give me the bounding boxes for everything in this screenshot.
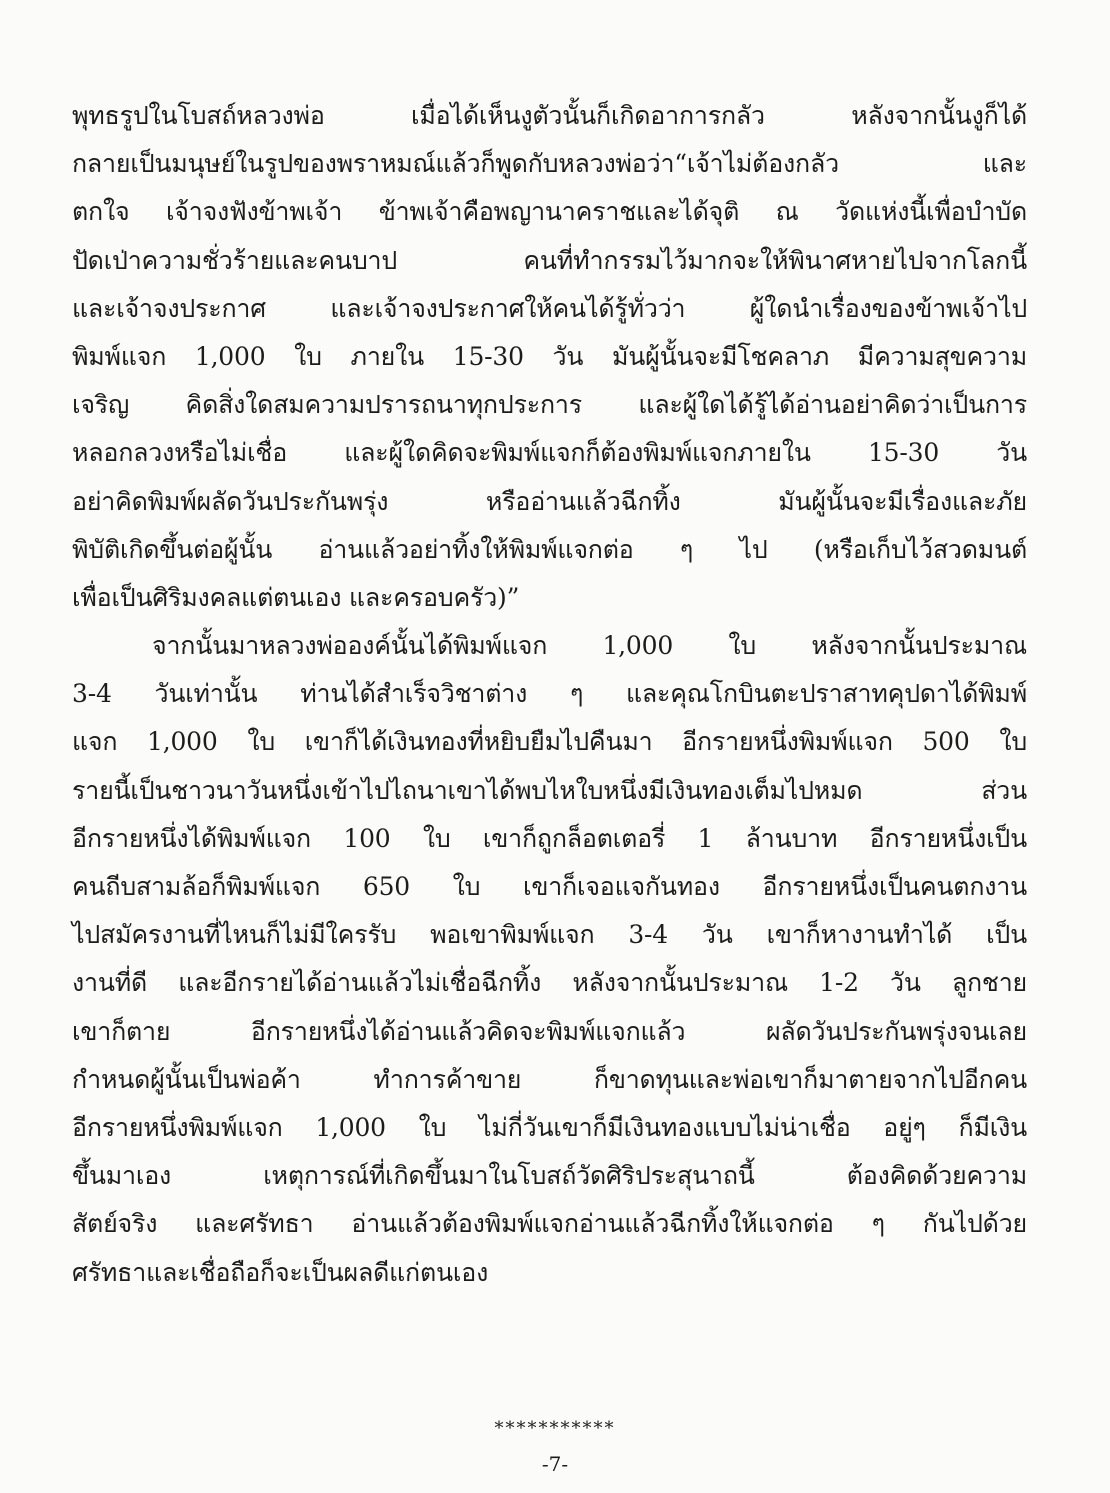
text-line: ไปสมัครงานที่ไหนก็ไม่มีใครรับ พอเขาพิมพ์… [72,911,1027,959]
text-line: รายนี้เป็นชาวนาวันหนึ่งเข้าไปไถนาเขาได้พ… [72,767,1027,815]
text-line: กำหนดผู้นั้นเป็นพ่อค้า ทำการค้าขาย ก็ขาด… [72,1056,1027,1104]
text-line: หลอกลวงหรือไม่เชื่อ และผู้ใดคิดจะพิมพ์แจ… [72,429,1027,477]
section-separator: *********** [0,1418,1110,1439]
text-line: 3-4 วันเท่านั้น ท่านได้สำเร็จวิชาต่าง ๆ … [72,670,1027,718]
paragraph-2: จากนั้นมาหลวงพ่อองค์นั้นได้พิมพ์แจก 1,00… [72,622,1027,1297]
text-line: อีกรายหนึ่งพิมพ์แจก 1,000 ใบ ไม่กี่วันเข… [72,1104,1027,1152]
text-line: งานที่ดี และอีกรายได้อ่านแล้วไม่เชื่อฉีก… [72,959,1027,1007]
text-line: คนถีบสามล้อก็พิมพ์แจก 650 ใบ เขาก็เจอแจก… [72,863,1027,911]
text-line: สัตย์จริง และศรัทธา อ่านแล้วต้องพิมพ์แจก… [72,1200,1027,1248]
text-line: เขาก็ตาย อีกรายหนึ่งได้อ่านแล้วคิดจะพิมพ… [72,1008,1027,1056]
text-line: อีกรายหนึ่งได้พิมพ์แจก 100 ใบ เขาก็ถูกล็… [72,815,1027,863]
text-line: กลายเป็นมนุษย์ในรูปของพราหมณ์แล้วก็พูดกั… [72,140,1027,188]
text-line: ศรัทธาและเชื่อถือก็จะเป็นผลดีแก่ตนเอง [72,1249,1027,1297]
text-line: อย่าคิดพิมพ์ผลัดวันประกันพรุ่ง หรืออ่านแ… [72,478,1027,526]
text-line: และเจ้าจงประกาศ และเจ้าจงประกาศให้คนได้ร… [72,285,1027,333]
text-line: พิมพ์แจก 1,000 ใบ ภายใน 15-30 วัน มันผู้… [72,333,1027,381]
page-number: -7- [0,1452,1110,1476]
text-line: พุทธรูปในโบสถ์หลวงพ่อ เมื่อได้เห็นงูตัวน… [72,92,1027,140]
text-line: ปัดเป่าความชั่วร้ายและคนบาป คนที่ทำกรรมไ… [72,237,1027,285]
text-line: พิบัติเกิดขึ้นต่อผู้นั้น อ่านแล้วอย่าทิ้… [72,526,1027,574]
text-line: ตกใจ เจ้าจงฟังข้าพเจ้า ข้าพเจ้าคือพญานาค… [72,188,1027,236]
text-line: จากนั้นมาหลวงพ่อองค์นั้นได้พิมพ์แจก 1,00… [72,622,1027,670]
document-body: พุทธรูปในโบสถ์หลวงพ่อ เมื่อได้เห็นงูตัวน… [72,92,1027,1297]
text-line: ขึ้นมาเอง เหตุการณ์ที่เกิดขึ้นมาในโบสถ์ว… [72,1152,1027,1200]
paragraph-1: พุทธรูปในโบสถ์หลวงพ่อ เมื่อได้เห็นงูตัวน… [72,92,1027,622]
text-line: เจริญ คิดสิ่งใดสมความปรารถนาทุกประการ แล… [72,381,1027,429]
text-line: แจก 1,000 ใบ เขาก็ได้เงินทองที่หยิบยืมไป… [72,718,1027,766]
text-line: เพื่อเป็นศิริมงคลแต่ตนเอง และครอบครัว)” [72,574,1027,622]
